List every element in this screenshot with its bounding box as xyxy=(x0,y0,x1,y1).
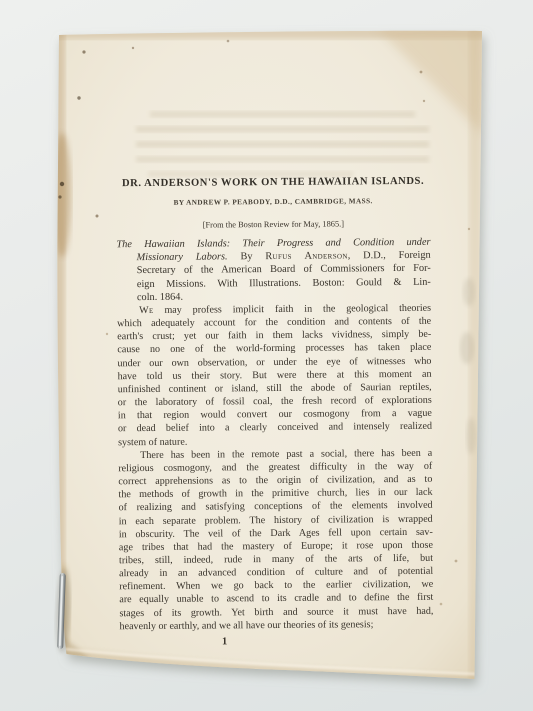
photo-backdrop: DR. ANDERSON'S WORK ON THE HAWAIIAN ISLA… xyxy=(0,0,533,711)
text-line: or dead belief into a clearly conceived … xyxy=(118,420,432,436)
foxing-spot xyxy=(96,215,99,218)
left-edge-stain-upper xyxy=(53,133,71,257)
foxing-spot xyxy=(77,96,80,99)
foxing-spot xyxy=(227,40,230,43)
foxing-spot xyxy=(106,333,108,335)
bleed-through-line xyxy=(136,156,429,163)
paragraph-2: There has been in the remote past a soci… xyxy=(118,446,433,633)
foxing-spot xyxy=(132,47,134,49)
article-byline: BY ANDREW P. PEABODY, D.D., CAMBRIDGE, M… xyxy=(116,197,430,208)
text-line: heavenly or earthly, and we all have our… xyxy=(119,618,433,634)
foxing-spot xyxy=(82,50,85,53)
foxing-spot xyxy=(60,182,64,186)
foxing-spot xyxy=(455,560,458,563)
book-citation: The Hawaiian Islands: Their Progress and… xyxy=(116,236,431,304)
text-line: stages of its growth. Yet birth and sour… xyxy=(119,604,433,620)
article-title: DR. ANDERSON'S WORK ON THE HAWAIIAN ISLA… xyxy=(116,175,430,190)
text-line: eign Missions. With Illustrations. Bosto… xyxy=(117,275,431,291)
bleed-through-line xyxy=(136,141,429,148)
page-number: 1 xyxy=(217,635,233,648)
foxing-spot xyxy=(440,603,443,606)
bleed-through-line xyxy=(136,126,429,133)
foxing-spot xyxy=(468,228,470,230)
printed-text-block: DR. ANDERSON'S WORK ON THE HAWAIIAN ISLA… xyxy=(116,175,434,649)
bleed-through-line xyxy=(150,111,415,118)
foxing-spot xyxy=(420,71,423,74)
margin-smudge xyxy=(463,278,475,306)
paragraph-1: We may profess implicit faith in the geo… xyxy=(117,302,432,449)
margin-smudge xyxy=(460,332,474,364)
margin-smudge xyxy=(466,418,476,454)
source-note: [From the Boston Review for May, 1865.] xyxy=(116,219,430,231)
foxing-spot xyxy=(423,100,425,102)
foxing-spot xyxy=(58,195,61,198)
